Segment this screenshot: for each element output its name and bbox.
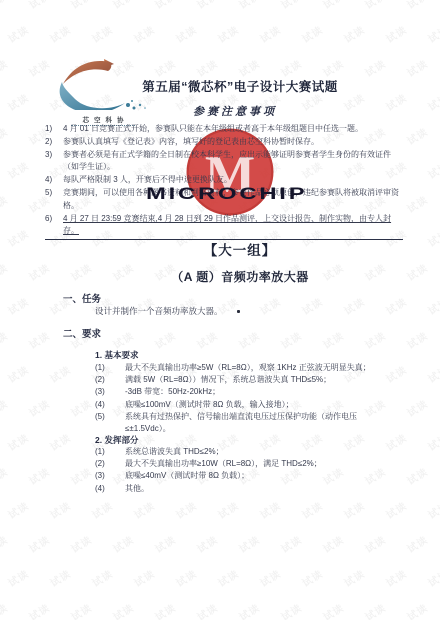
notice-text: 参赛队认真填写《登记表》内容，填写好的登记表由芯空科协暂时保存。 — [63, 136, 403, 149]
watermark-text: 试读 — [404, 55, 431, 79]
document-title: 第五届“微芯杯”电子设计大赛试题 — [100, 77, 380, 95]
requirement-item: (3) 底噪≤40mV（测试时带 8Ω 负载）； — [95, 470, 395, 482]
microchip-wordmark: MICROCHIP — [146, 184, 307, 204]
task-text: 设计并制作一个音频功率放大器。 — [95, 305, 240, 317]
watermark-text: 试读 — [110, 531, 137, 555]
requirement-text: 最大不失真输出功率≥10W（RL=8Ω），满足 THD≤2%； — [125, 458, 395, 470]
requirement-text: 底噪≤40mV（测试时带 8Ω 负载）； — [125, 470, 395, 482]
watermark-text: 试读 — [26, 531, 53, 555]
watermark-text: 试读 — [47, 361, 74, 385]
watermark-text: 试读 — [0, 531, 10, 555]
task-section-heading: 一、任务 — [63, 291, 101, 305]
watermark-text: 试读 — [320, 531, 347, 555]
watermark-text: 试读 — [404, 531, 431, 555]
watermark-text: 试读 — [425, 497, 440, 521]
watermark-text: 试读 — [383, 565, 410, 589]
watermark-text: 试读 — [257, 293, 284, 317]
watermark-text: 试读 — [47, 565, 74, 589]
notice-number: 5) — [45, 187, 63, 213]
watermark-text: 试读 — [89, 565, 116, 589]
notice-number: 6) — [45, 213, 63, 239]
watermark-text: 试读 — [404, 463, 431, 487]
watermark-text: 试读 — [362, 531, 389, 555]
requirement-item: (2) 最大不失真输出功率≥10W（RL=8Ω），满足 THD≤2%； — [95, 458, 395, 470]
watermark-text: 试读 — [341, 293, 368, 317]
watermark-text: 试读 — [0, 259, 10, 283]
watermark-text: 试读 — [194, 531, 221, 555]
watermark-text: 试读 — [404, 327, 431, 351]
watermark-text: 试读 — [320, 0, 347, 12]
watermark-text: 试读 — [404, 395, 431, 419]
watermark-text: 试读 — [152, 327, 179, 351]
watermark-text: 试读 — [152, 0, 179, 12]
watermark-text: 试读 — [194, 599, 221, 620]
watermark-text: 试读 — [215, 497, 242, 521]
watermark-text: 试读 — [425, 361, 440, 385]
notice-number: 3) — [45, 149, 63, 175]
requirement-number: (4) — [95, 483, 125, 495]
advanced-requirements-heading: 2. 发挥部分 — [95, 434, 138, 446]
stray-dot — [237, 310, 241, 314]
watermark-text: 试读 — [383, 293, 410, 317]
requirements-section-heading: 二、要求 — [63, 326, 101, 340]
requirement-text: 系统总谐波失真 THD≤2%； — [125, 446, 395, 458]
requirement-item: (4) 底噪≤100mV（测试时带 8Ω 负载，输入接地）； — [95, 399, 395, 411]
watermark-text: 试读 — [26, 463, 53, 487]
watermark-text: 试读 — [257, 21, 284, 45]
watermark-text: 试读 — [68, 0, 95, 12]
watermark-text: 试读 — [0, 395, 10, 419]
watermark-text: 试读 — [5, 565, 32, 589]
notice-item-underlined: 6) 4 月 27 日 23:59 竞赛结束,4 月 28 日到 29 日作品测… — [45, 213, 403, 241]
watermark-text: 试读 — [236, 0, 263, 12]
watermark-text: 试读 — [0, 191, 10, 215]
watermark-text: 试读 — [425, 429, 440, 453]
watermark-text: 试读 — [425, 293, 440, 317]
watermark-text: 试读 — [5, 225, 32, 249]
watermark-text: 试读 — [0, 0, 10, 12]
requirement-number: (1) — [95, 446, 125, 458]
problem-heading: （A 题）音频功率放大器 — [45, 268, 435, 285]
notice-text: 4 月 27 日 23:59 竞赛结束,4 月 28 日到 29 日作品测评，上… — [63, 213, 403, 239]
watermark-text: 试读 — [341, 565, 368, 589]
requirement-text: 底噪≤100mV（测试时带 8Ω 负载，输入接地）； — [125, 399, 395, 411]
requirement-text: 满载 5W（RL=8Ω））情况下，系统总谐波失真 THD≤5%； — [125, 374, 395, 386]
requirement-item: (5) 系统具有过热保护、信号输出端直流电压过压保护功能（动作电压≤±1.5Vd… — [95, 411, 395, 435]
requirement-text: -3dB 带宽：50Hz-20kHz； — [125, 386, 395, 398]
watermark-text: 试读 — [5, 21, 32, 45]
watermark-text: 试读 — [5, 157, 32, 181]
requirement-number: (5) — [95, 411, 125, 435]
watermark-text: 试读 — [425, 89, 440, 113]
watermark-text: 试读 — [215, 21, 242, 45]
watermark-text: 试读 — [257, 565, 284, 589]
watermark-text: 试读 — [278, 0, 305, 12]
requirement-text: 系统具有过热保护、信号输出端直流电压过压保护功能（动作电压≤±1.5Vdc）。 — [125, 411, 395, 435]
watermark-text: 试读 — [404, 0, 431, 12]
watermark-text: 试读 — [236, 599, 263, 620]
watermark-text: 试读 — [404, 123, 431, 147]
watermark-text: 试读 — [0, 463, 10, 487]
watermark-text: 试读 — [89, 21, 116, 45]
watermark-text: 试读 — [131, 497, 158, 521]
watermark-text: 试读 — [383, 21, 410, 45]
requirement-item: (2) 满载 5W（RL=8Ω））情况下，系统总谐波失真 THD≤5%； — [95, 374, 395, 386]
watermark-text: 试读 — [425, 157, 440, 181]
watermark-text: 试读 — [236, 327, 263, 351]
group-heading: 【大一组】 — [45, 239, 435, 259]
requirement-item: (1) 系统总谐波失真 THD≤2%； — [95, 446, 395, 458]
notice-number: 2) — [45, 136, 63, 149]
watermark-text: 试读 — [194, 0, 221, 12]
watermark-text: 试读 — [278, 599, 305, 620]
basic-requirements-heading: 1. 基本要求 — [95, 349, 138, 361]
task-sentence: 设计并制作一个音频功率放大器。 — [95, 306, 223, 316]
watermark-text: 试读 — [425, 21, 440, 45]
requirement-number: (3) — [95, 470, 125, 482]
requirement-number: (3) — [95, 386, 125, 398]
watermark-text: 试读 — [236, 531, 263, 555]
watermark-text: 试读 — [89, 497, 116, 521]
watermark-text: 试读 — [320, 327, 347, 351]
notice-item: 2) 参赛队认真填写《登记表》内容，填写好的登记表由芯空科协暂时保存。 — [45, 136, 403, 149]
watermark-text: 试读 — [26, 327, 53, 351]
watermark-text: 试读 — [383, 89, 410, 113]
watermark-text: 试读 — [278, 531, 305, 555]
watermark-text: 试读 — [68, 531, 95, 555]
watermark-text: 试读 — [5, 293, 32, 317]
requirement-number: (2) — [95, 374, 125, 386]
document-page: 试读试读试读试读试读试读试读试读试读试读试读试读试读试读试读试读试读试读试读试读… — [0, 0, 440, 620]
watermark-text: 试读 — [26, 599, 53, 620]
watermark-text: 试读 — [47, 429, 74, 453]
advanced-requirements-list: (1) 系统总谐波失真 THD≤2%； (2) 最大不失真输出功率≥10W（RL… — [95, 446, 395, 495]
requirement-text: 最大不失真输出功率≥5W（RL=8Ω），观察 1KHz 正弦波无明显失真； — [125, 362, 395, 374]
watermark-text: 试读 — [68, 395, 95, 419]
notice-text: 参赛者必须是有正式学籍的全日制在校本科学生，应出示能够证明参赛者学生身份的有效证… — [63, 149, 403, 175]
watermark-text: 试读 — [110, 599, 137, 620]
watermark-text: 试读 — [194, 327, 221, 351]
watermark-text: 试读 — [383, 497, 410, 521]
notice-item: 3) 参赛者必须是有正式学籍的全日制在校本科学生，应出示能够证明参赛者学生身份的… — [45, 149, 403, 175]
watermark-text: 试读 — [5, 361, 32, 385]
watermark-text: 试读 — [404, 599, 431, 620]
watermark-text: 试读 — [5, 89, 32, 113]
watermark-text: 试读 — [257, 497, 284, 521]
requirement-text: 其他。 — [125, 483, 395, 495]
requirement-number: (2) — [95, 458, 125, 470]
notice-item: 1) 4 月 01 日竞赛正式开始，参赛队只能在本年级组或者高于本年级组题目中任… — [45, 123, 403, 136]
watermark-text: 试读 — [173, 565, 200, 589]
watermark-text: 试读 — [299, 565, 326, 589]
watermark-text: 试读 — [5, 429, 32, 453]
notice-text: 4 月 01 日竞赛正式开始，参赛队只能在本年级组或者高于本年级组题目中任选一题… — [63, 123, 403, 136]
notice-number: 4) — [45, 174, 63, 187]
watermark-text: 试读 — [152, 599, 179, 620]
watermark-text: 试读 — [320, 599, 347, 620]
watermark-text: 试读 — [341, 21, 368, 45]
watermark-text: 试读 — [68, 599, 95, 620]
requirement-item: (4) 其他。 — [95, 483, 395, 495]
watermark-text: 试读 — [278, 327, 305, 351]
watermark-text: 试读 — [26, 0, 53, 12]
watermark-text: 试读 — [47, 21, 74, 45]
watermark-text: 试读 — [47, 497, 74, 521]
watermark-text: 试读 — [362, 599, 389, 620]
requirement-number: (4) — [95, 399, 125, 411]
basic-requirements-list: (1) 最大不失真输出功率≥5W（RL=8Ω），观察 1KHz 正弦波无明显失真… — [95, 362, 395, 435]
requirement-number: (1) — [95, 362, 125, 374]
watermark-text: 试读 — [362, 327, 389, 351]
watermark-text: 试读 — [173, 21, 200, 45]
watermark-text: 试读 — [425, 565, 440, 589]
watermark-text: 试读 — [362, 0, 389, 12]
watermark-text: 试读 — [110, 0, 137, 12]
watermark-text: 试读 — [341, 497, 368, 521]
notice-list: 1) 4 月 01 日竞赛正式开始，参赛队只能在本年级组或者高于本年级组题目中任… — [45, 123, 403, 240]
watermark-text: 试读 — [5, 497, 32, 521]
watermark-text: 试读 — [299, 497, 326, 521]
watermark-text: 试读 — [173, 497, 200, 521]
watermark-text: 试读 — [0, 327, 10, 351]
document-subtitle: 参赛注意事项 — [100, 103, 370, 119]
watermark-text: 试读 — [131, 565, 158, 589]
requirement-item: (1) 最大不失真输出功率≥5W（RL=8Ω），观察 1KHz 正弦波无明显失真… — [95, 362, 395, 374]
watermark-text: 试读 — [0, 123, 10, 147]
watermark-text: 试读 — [404, 191, 431, 215]
watermark-text: 试读 — [26, 395, 53, 419]
watermark-text: 试读 — [131, 21, 158, 45]
watermark-text: 试读 — [152, 531, 179, 555]
watermark-text: 试读 — [299, 293, 326, 317]
notice-number: 1) — [45, 123, 63, 136]
watermark-text: 试读 — [0, 55, 10, 79]
watermark-text: 试读 — [299, 21, 326, 45]
requirement-item: (3) -3dB 带宽：50Hz-20kHz； — [95, 386, 395, 398]
watermark-text: 试读 — [68, 463, 95, 487]
watermark-text: 试读 — [215, 565, 242, 589]
watermark-text: 试读 — [0, 599, 10, 620]
